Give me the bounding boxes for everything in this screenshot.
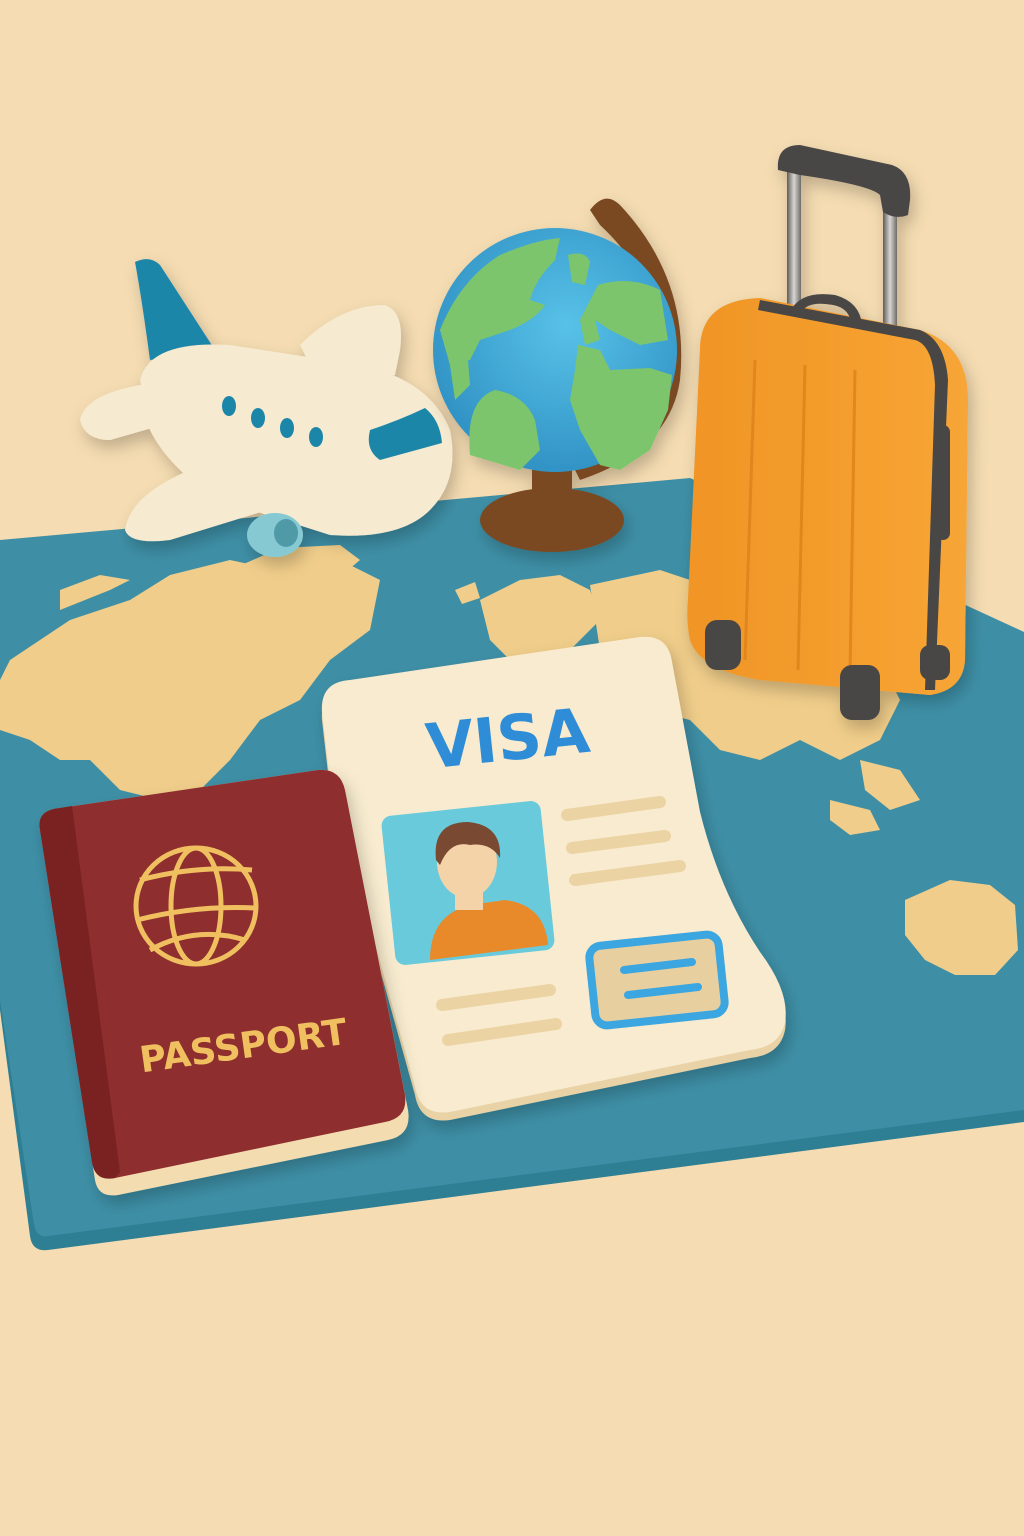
travel-scene: VISA: [0, 0, 1024, 1536]
passport-booklet: PASSPORT: [39, 770, 408, 1196]
suitcase-pole-left: [787, 168, 801, 308]
visa-stamp: [588, 933, 726, 1026]
suitcase-pole-right: [883, 205, 897, 335]
